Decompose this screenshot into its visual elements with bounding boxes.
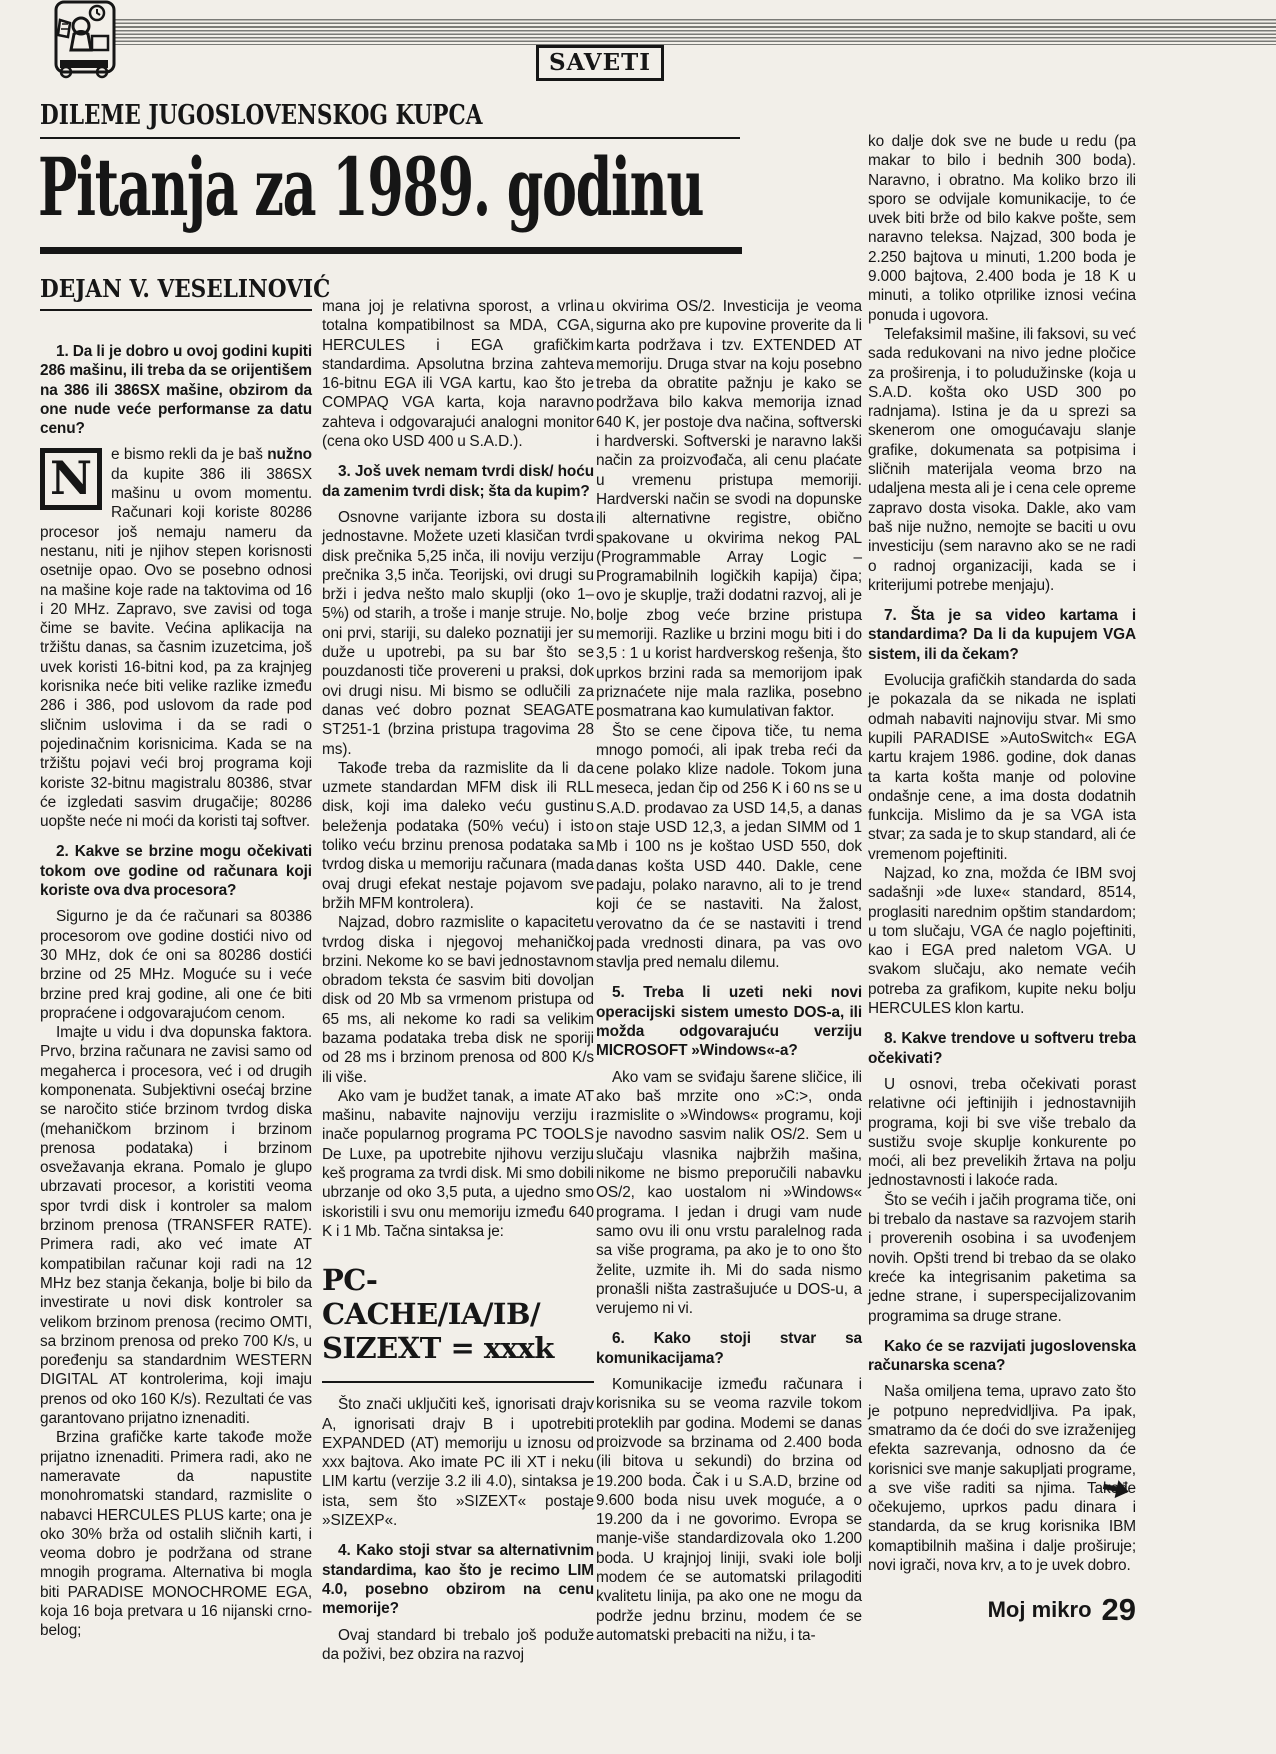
text-column-1: 1. Da li je dobro u ovoj godini kupiti 2… [40, 331, 312, 1641]
paragraph: Što znači uključiti keš, ignorisati draj… [322, 1395, 594, 1530]
section-tag-label: SAVETI [549, 49, 651, 76]
masthead-stripes [112, 19, 1276, 45]
page-number: 29 [1102, 1592, 1136, 1627]
command-syntax-line: SIZEXT = xxxk [322, 1331, 594, 1365]
paragraph: Najzad, ko zna, možda će IBM svoj sadašn… [868, 864, 1136, 1018]
lead-paragraph: Ne bismo rekli da je baš nužno da kupite… [40, 445, 312, 831]
question-heading: 2. Kakve se brzine mogu očekivati tokom … [40, 842, 312, 900]
paragraph: Telefaksimil mašine, ili faksovi, su već… [868, 325, 1136, 595]
paragraph: Brzina grafičke karte takođe može prijat… [40, 1428, 312, 1640]
paragraph: Što se većih i jačih programa tiče, oni … [868, 1191, 1136, 1326]
paragraph: Sigurno je da će računari sa 80386 proce… [40, 907, 312, 1023]
question-heading: 8. Kakve trendove u softveru treba očeki… [868, 1029, 1136, 1068]
author-rule [40, 309, 312, 311]
paragraph: Ovaj standard bi trebalo još poduže da p… [322, 1626, 594, 1665]
text-column-4: ko dalje dok sve ne bude u redu (pa maka… [868, 132, 1136, 1575]
question-heading: 5. Treba li uzeti neki novi operacijski … [596, 983, 862, 1060]
question-heading: 7. Šta je sa video kartama i standardima… [868, 606, 1136, 664]
command-syntax-line: PC-CACHE/IA/IB/ [322, 1263, 594, 1331]
paragraph: Što se cene čipova tiče, tu nema mnogo p… [596, 722, 862, 973]
question-heading: 6. Kako stoji stvar sa komunikacijama? [596, 1329, 862, 1368]
article-title: Pitanja za 1989. godinu [38, 140, 703, 234]
question-heading: 1. Da li je dobro u ovoj godini kupiti 2… [40, 342, 312, 438]
paragraph-continuation: u okvirima OS/2. Investicija je veoma si… [596, 297, 862, 722]
paragraph-continuation: ko dalje dok sve ne bude u redu (pa maka… [868, 132, 1136, 325]
question-heading: Kako će se razvijati jugoslovenska račun… [868, 1337, 1136, 1376]
paragraph: Ako vam se sviđaju šarene sličice, ili a… [596, 1068, 862, 1319]
drop-cap: N [40, 448, 102, 510]
text-column-2: mana joj je relativna sporost, a vrlina … [322, 297, 594, 1664]
question-heading: 4. Kako stoji stvar sa alternativnim sta… [322, 1541, 594, 1618]
paragraph: Evolucija grafičkih standarda do sada je… [868, 671, 1136, 864]
text-column-3: u okvirima OS/2. Investicija je veoma si… [596, 297, 862, 1645]
mascot-doodle-icon [48, 0, 118, 80]
kicker-rule [40, 137, 740, 139]
author-byline: DEJAN V. VESELINOVIĆ [40, 274, 330, 303]
magazine-page: SAVETI DILEME JUGOSLOVENSKOG KUPCA Pitan… [0, 0, 1276, 1754]
paragraph: Ako vam je budžet tanak, a imate AT maši… [322, 1087, 594, 1241]
paragraph-continuation: mana joj je relativna sporost, a vrlina … [322, 297, 594, 451]
paragraph: Najzad, dobro razmislite o kapacitetu tv… [322, 913, 594, 1087]
kicker: DILEME JUGOSLOVENSKOG KUPCA [40, 100, 483, 131]
paragraph: Komunikacije između računara i korisnika… [596, 1375, 862, 1645]
paragraph: Naša omiljena tema, upravo zato što je p… [868, 1382, 1136, 1575]
question-heading: 3. Još uvek nemam tvrdi disk/ hoću da za… [322, 462, 594, 501]
magazine-name: Moj mikro [988, 1597, 1092, 1622]
section-tag-box: SAVETI [536, 45, 664, 81]
page-footer: Moj mikro29 [868, 1592, 1136, 1628]
command-syntax: PC-CACHE/IA/IB/SIZEXT = xxxk [322, 1263, 594, 1383]
paragraph: Takođe treba da razmislite da li da uzme… [322, 759, 594, 913]
paragraph: U osnovi, treba očekivati porast relativ… [868, 1075, 1136, 1191]
title-rule [40, 247, 742, 254]
paragraph: Imajte u vidu i dva dopunska faktora. Pr… [40, 1023, 312, 1428]
paragraph: Osnovne varijante izbora su dosta jednos… [322, 508, 594, 759]
